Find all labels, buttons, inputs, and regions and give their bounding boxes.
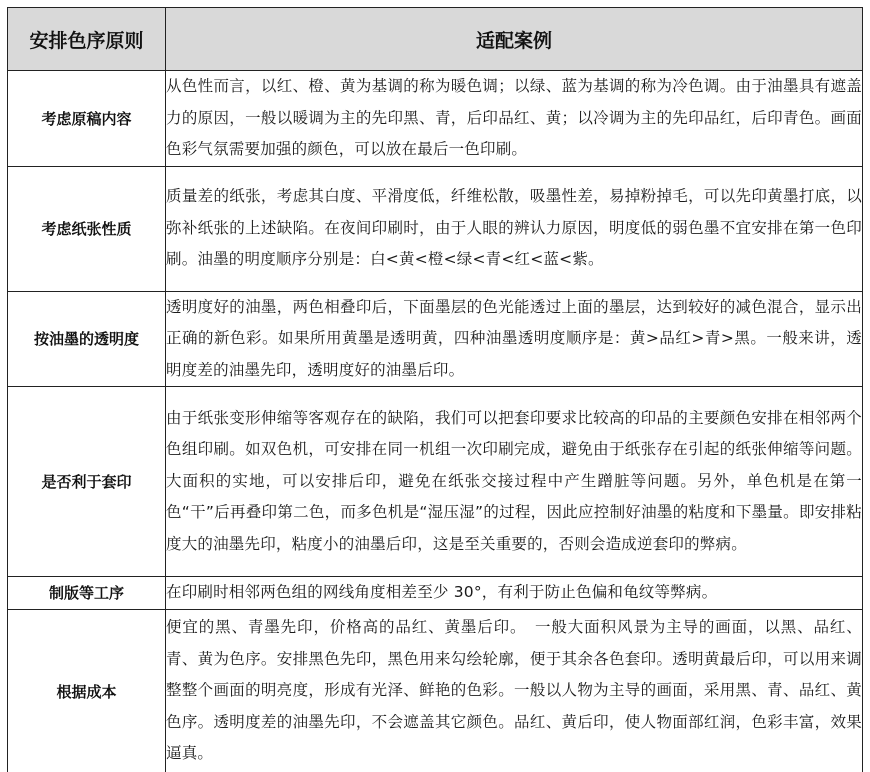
row-principle: 制版等工序 (8, 577, 166, 610)
header-example: 适配案例 (166, 8, 863, 71)
row-principle: 考虑原稿内容 (8, 71, 166, 167)
header-principle: 安排色序原则 (8, 8, 166, 71)
row-example: 质量差的纸张，考虑其白度、平滑度低，纤维松散，吸墨性差，易掉粉掉毛，可以先印黄墨… (166, 166, 863, 291)
table-row: 按油墨的透明度 透明度好的油墨，两色相叠印后，下面墨层的色光能透过上面的墨层，达… (8, 291, 863, 387)
table-row: 是否利于套印 由于纸张变形伸缩等客观存在的缺陷，我们可以把套印要求比较高的印品的… (8, 387, 863, 577)
row-example: 在印刷时相邻两色组的网线角度相差至少 30°，有利于防止色偏和龟纹等弊病。 (166, 577, 863, 610)
header-row: 安排色序原则 适配案例 (8, 8, 863, 71)
table-row: 考虑原稿内容 从色性而言，以红、橙、黄为基调的称为暖色调；以绿、蓝为基调的称为冷… (8, 71, 863, 167)
row-principle: 按油墨的透明度 (8, 291, 166, 387)
table-row: 考虑纸张性质 质量差的纸张，考虑其白度、平滑度低，纤维松散，吸墨性差，易掉粉掉毛… (8, 166, 863, 291)
row-example: 由于纸张变形伸缩等客观存在的缺陷，我们可以把套印要求比较高的印品的主要颜色安排在… (166, 387, 863, 577)
row-example: 从色性而言，以红、橙、黄为基调的称为暖色调；以绿、蓝为基调的称为冷色调。由于油墨… (166, 71, 863, 167)
row-principle: 是否利于套印 (8, 387, 166, 577)
row-principle: 根据成本 (8, 609, 166, 772)
color-sequence-table: 安排色序原则 适配案例 考虑原稿内容 从色性而言，以红、橙、黄为基调的称为暖色调… (7, 7, 863, 772)
row-example: 透明度好的油墨，两色相叠印后，下面墨层的色光能透过上面的墨层，达到较好的减色混合… (166, 291, 863, 387)
row-example: 便宜的黑、青墨先印，价格高的品红、黄墨后印。 一般大面积风景为主导的画面，以黑、… (166, 609, 863, 772)
table-row: 制版等工序 在印刷时相邻两色组的网线角度相差至少 30°，有利于防止色偏和龟纹等… (8, 577, 863, 610)
row-principle: 考虑纸张性质 (8, 166, 166, 291)
table-row: 根据成本 便宜的黑、青墨先印，价格高的品红、黄墨后印。 一般大面积风景为主导的画… (8, 609, 863, 772)
